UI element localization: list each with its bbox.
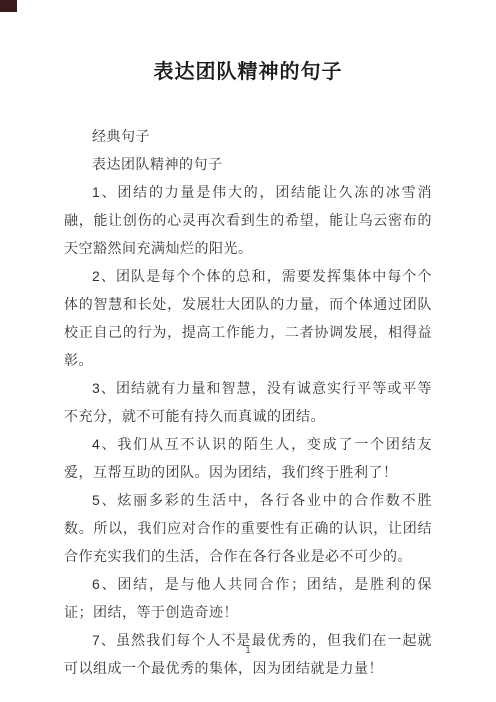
document-title: 表达团队精神的句子 — [64, 58, 432, 86]
page-number: 1 — [0, 644, 496, 656]
paragraph: 6、团结，是与他人共同合作；团结，是胜利的保证；团结，等于创造奇迹！ — [64, 570, 432, 626]
corner-mark — [0, 0, 17, 12]
paragraph: 1、团结的力量是伟大的，团结能让久冻的冰雪消融，能让创伤的心灵再次看到生的希望，… — [64, 178, 432, 262]
intro-line: 经典句子 — [64, 122, 432, 150]
paragraph: 2、团队是每个个体的总和，需要发挥集体中每个个体的智慧和长处，发展壮大团队的力量… — [64, 262, 432, 374]
paragraph: 5、炫丽多彩的生活中，各行各业中的合作数不胜数。所以，我们应对合作的重要性有正确… — [64, 486, 432, 570]
document-page: 表达团队精神的句子 经典句子 表达团队精神的句子 1、团结的力量是伟大的，团结能… — [0, 0, 496, 702]
document-content: 表达团队精神的句子 经典句子 表达团队精神的句子 1、团结的力量是伟大的，团结能… — [64, 58, 432, 682]
paragraph: 4、我们从互不认识的陌生人，变成了一个团结友爱，互帮互助的团队。因为团结，我们终… — [64, 430, 432, 486]
intro-line: 表达团队精神的句子 — [64, 150, 432, 178]
paragraph: 3、团结就有力量和智慧，没有诚意实行平等或平等不充分，就不可能有持久而真诚的团结… — [64, 374, 432, 430]
